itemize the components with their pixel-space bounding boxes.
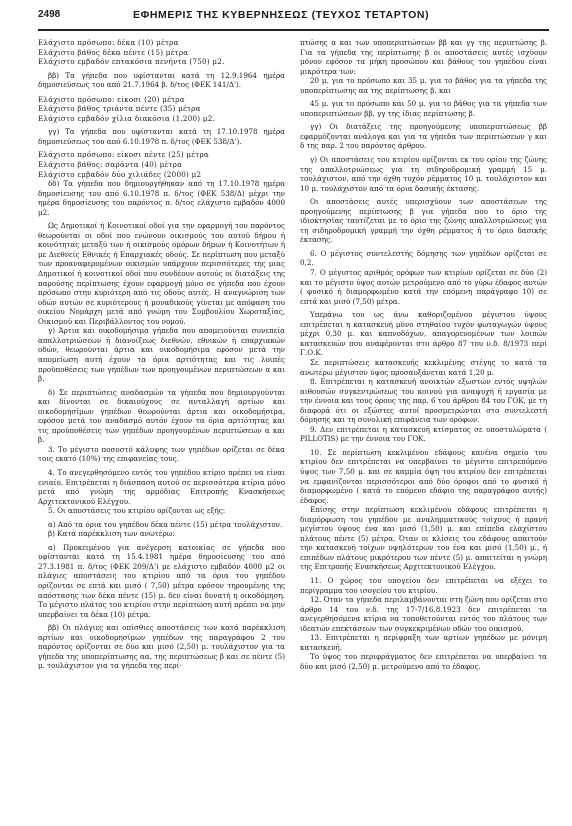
header-rule: [38, 29, 549, 31]
spec-line: Ελάχιστο πρόσωπο: είκοσι (20) μέτρα: [38, 95, 285, 105]
paragraph-above-height: Υπεράνω του ως άνω καθοριζομένου μέγιστο…: [300, 310, 547, 358]
paragraph-dd: δδ) Τα γήπεδα που δημιουργήθηκαν από τη …: [38, 179, 285, 217]
page-number: 2498: [38, 9, 60, 20]
paragraph-d: δ) Σε περιπτώσεις αναδασμών τα γήπεδα πο…: [38, 388, 285, 445]
spec-line: Ελάχιστο βάθος: σαράντα (40) μέτρα: [38, 160, 285, 170]
paragraph-9: 9. Δεν επιτρέπεται η κατασκευή κτίσματος…: [300, 425, 547, 444]
paragraph-5a: α) Από τα όρια του γηπέδου δέκα πέντε (1…: [38, 520, 285, 530]
paragraph-slope: Επίσης στην περίπτωση κεκλιμένου εδάφους…: [300, 505, 547, 572]
paragraph-gg: γγ) Τα γήπεδα που υφίστανται κατά τη 17.…: [38, 127, 285, 146]
spec-list-3: Ελάχιστο πρόσωπο: είκοσι πέντε (25) μέτρ…: [38, 150, 285, 179]
paragraph-5aa: α) Προκειμένου για ανέγερση κατοικίας σε…: [38, 543, 285, 619]
spec-line: Ελάχιστο εμβαδόν χίλια διακόσια (1.200) …: [38, 114, 285, 124]
spec-line: Ελάχιστο βάθος τριάντα πέντε (35) μέτρα: [38, 104, 285, 114]
spec-line: Ελάχιστο πρόσωπο: είκοσι πέντε (25) μέτρ…: [38, 150, 285, 160]
spec-line: Ελάχιστο βάθος δέκα πέντε (15) μέτρα: [38, 48, 285, 58]
paragraph-8: 8. Επιτρέπεται η κατασκευή ανοικτών εξωσ…: [300, 377, 547, 425]
paragraph-roof: Σε περιπτώσεις κατασκευής κεκλιμένης στέ…: [300, 358, 547, 377]
paragraph-12: 12. Όταν τα γήπεδα περιλαμβάνονται στη ζ…: [300, 595, 547, 633]
spec-list-2: Ελάχιστο πρόσωπο: είκοσι (20) μέτρα Ελάχ…: [38, 95, 285, 124]
paragraph-dimensions-1: 20 μ. για το πρόσωπο και 35 μ. για το βά…: [300, 76, 547, 95]
paragraph-fence: Το ύψος του περιφράγματος δεν επιτρέπετα…: [300, 652, 547, 671]
paragraph-g: γ) Άρτια και οικοδομήσιμα γήπεδα που απο…: [38, 326, 285, 383]
paragraph-11: 11. Ο χώρος του υπογείου δεν επιτρέπεται…: [300, 576, 547, 595]
paragraph-13: 13. Επιτρέπεται η περίφραξη των αρτίων γ…: [300, 633, 547, 652]
paragraph-bb: ββ) Τα γήπεδα που υφίστανται κατά τη 12.…: [38, 71, 285, 90]
paragraph-5: 5. Οι αποστάσεις του κτιρίου ορίζονται ω…: [38, 506, 285, 516]
paragraph-5b: β) Κατά παρέκκλιση των ανωτέρω:: [38, 529, 285, 539]
spec-list-1: Ελάχιστο πρόσωπο: δέκα (10) μέτρα Ελάχισ…: [38, 38, 285, 67]
paragraph-prevail: Οι αποστάσεις αυτές υπερισχύουν των αποσ…: [300, 197, 547, 245]
page-header: 2498 ΕΦΗΜΕΡΙΣ ΤΗΣ ΚΥΒΕΡΝΗΣΕΩΣ (ΤΕΥΧΟΣ ΤΕ…: [38, 9, 548, 25]
paragraph-5bb: ββ) Οι πλάγιες και οπίσθιες αποστάσεις τ…: [38, 623, 285, 671]
paragraph-continued: πτώσης α και των υποπεριπτώσεων ββ και γ…: [300, 38, 547, 76]
paragraph-roads: Ως Δημοτικοί ή Κοινοτικοί οδοί για την ε…: [38, 221, 285, 326]
paragraph-10: 10. Σε περίπτωση κεκλιμένου εδάφους κανέ…: [300, 448, 547, 505]
paragraph-gg: γγ) Οι διατάξεις της προηγούμενης υποπερ…: [300, 122, 547, 151]
spec-line: Ελάχιστο πρόσωπο: δέκα (10) μέτρα: [38, 38, 285, 48]
spec-line: Ελάχιστο εμβαδόν επτακόσια πενήντα (750)…: [38, 57, 285, 67]
paragraph-6: 6. Ο μέγιστος συντελεστής δόμησης των γη…: [300, 249, 547, 268]
paragraph-g: γ) Οι αποστάσεις του κτιρίου ορίζονται ε…: [300, 155, 547, 193]
paragraph-dimensions-2: 45 μ. για το πρόσωπο και 50 μ. για το βά…: [300, 99, 547, 118]
gazette-title: ΕΦΗΜΕΡΙΣ ΤΗΣ ΚΥΒΕΡΝΗΣΕΩΣ (ΤΕΥΧΟΣ ΤΕΤΑΡΤΟ…: [133, 9, 429, 21]
paragraph-3: 3. Το μέγιστο ποσοστό κάλυψης των γηπέδω…: [38, 445, 285, 464]
right-column: πτώσης α και των υποπεριπτώσεων ββ και γ…: [300, 38, 547, 671]
paragraph-4: 4. Το ανεγερθησόμενο εντός του γηπέδου κ…: [38, 468, 285, 506]
left-column: Ελάχιστο πρόσωπο: δέκα (10) μέτρα Ελάχισ…: [38, 38, 285, 671]
spec-line: Ελάχιστο εμβαδόν δύο χιλιάδες (2000) μ2: [38, 170, 285, 180]
paragraph-7: 7. Ο μέγιστος αριθμός ορόφων των κτιρίων…: [300, 268, 547, 306]
